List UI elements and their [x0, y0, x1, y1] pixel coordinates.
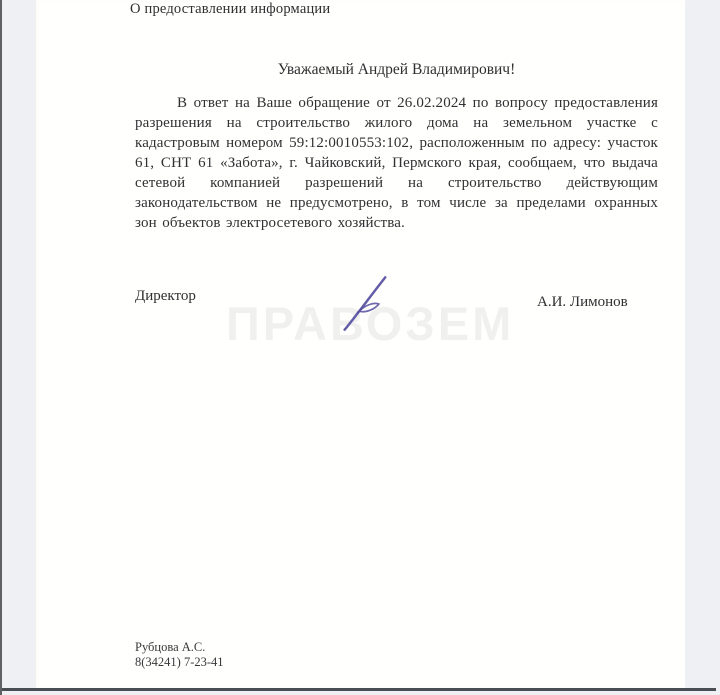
scan-left-edge-line — [0, 0, 2, 695]
scan-bottom-edge-line — [2, 688, 716, 691]
document-page: О предоставлении информации Уважаемый Ан… — [36, 0, 685, 688]
greeting-line: Уважаемый Андрей Владимирович! — [135, 61, 658, 79]
scanned-letter-screenshot: { "letter": { "subject": "О предоставлен… — [0, 0, 720, 695]
body-paragraph: В ответ на Ваше обращение от 26.02.2024 … — [135, 93, 658, 233]
subject-line: О предоставлении информации — [130, 1, 330, 18]
signatory-name: А.И. Лимонов — [537, 294, 628, 311]
contact-person-name: Рубцова А.С. — [135, 640, 224, 655]
contact-block: Рубцова А.С. 8(34241) 7-23-41 — [135, 640, 224, 670]
signatory-position: Директор — [135, 288, 196, 305]
contact-phone: 8(34241) 7-23-41 — [135, 655, 224, 670]
handwritten-signature-icon — [336, 272, 396, 334]
